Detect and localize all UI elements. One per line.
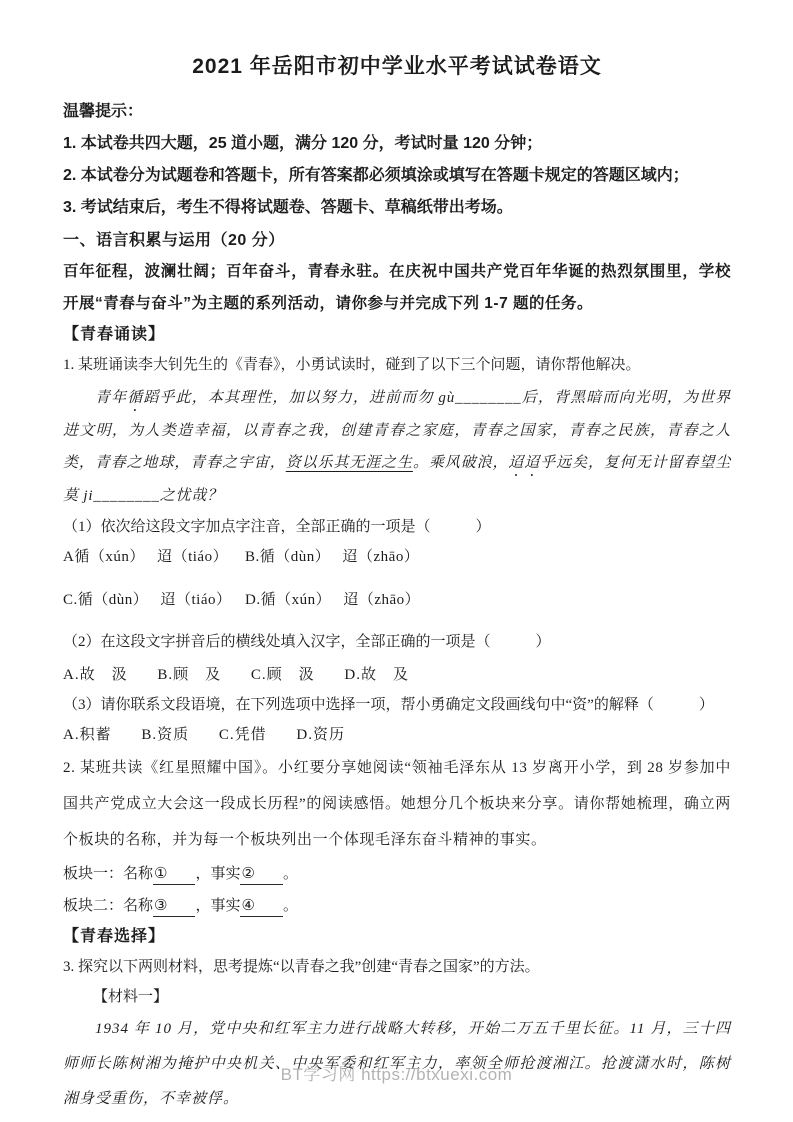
passage-underlined-phrase: 资以乐其无涯之生 — [286, 455, 413, 471]
question-3-stem: 3. 探究以下两则材料，思考提炼“以青春之我”创建“青春之国家”的方法。 — [63, 952, 731, 982]
question-1-passage: 青年循蹈乎此，本其理性，加以努力，进前而勿 gù________后，背黑暗而向光… — [63, 382, 731, 512]
fill-in-blank-line: ________ — [93, 488, 159, 504]
question-2-block-1: 板块一：名称①，事实②。 — [63, 858, 731, 890]
option-d: D.故 及 — [344, 660, 409, 690]
fill-in-blank-4: ④ — [240, 899, 282, 917]
sub-question-2-stem: （2）在这段文字拼音后的横线处填入汉字，全部正确的一项是（ ） — [63, 627, 731, 657]
question-1-stem: 1. 某班诵读李大钊先生的《青春》，小勇试读时，碰到了以下三个问题，请你帮他解决… — [63, 350, 731, 380]
question-2-stem: 2. 某班共读《红星照耀中国》。小红要分享她阅读“领袖毛泽东从 13 岁离开小学… — [63, 750, 731, 858]
fill-in-blank-2: ② — [240, 867, 282, 885]
subsection-reading-heading: 【青春诵读】 — [63, 320, 731, 350]
page-title: 2021 年岳阳市初中学业水平考试试卷语文 — [63, 52, 731, 82]
option-d: D.资历 — [296, 720, 345, 750]
sub-question-2-options: A.故 汲 B.顾 及 C.顾 汲 D.故 及 — [63, 660, 731, 690]
option-b: B.顾 及 — [157, 660, 221, 690]
passage-emphasized-char: 迢迢 — [508, 455, 540, 471]
notice-item-1: 1. 本试卷共四大题，25 道小题，满分 120 分，考试时量 120 分钟； — [63, 128, 731, 160]
fill-in-blank-3: ③ — [153, 899, 195, 917]
option-c: C.顾 汲 — [251, 660, 315, 690]
passage-text: 。乘风破浪， — [413, 455, 508, 471]
watermark: BT学习网 https://btxuexi.com — [0, 1060, 793, 1085]
option-a: A.故 汲 — [63, 660, 128, 690]
fill-in-blank-line: ________ — [455, 390, 521, 406]
notice-item-2: 2. 本试卷分为试题卷和答题卡，所有答案都必须填涂或填写在答题卡规定的答题区域内… — [63, 160, 731, 192]
option-b: B.资质 — [141, 720, 189, 750]
block-label: 板块一：名称 — [63, 866, 153, 882]
block-label: 。 — [283, 866, 298, 882]
subsection-choice-heading: 【青春选择】 — [63, 922, 731, 952]
option-a: A.积蓄 — [63, 720, 112, 750]
passage-text: 之忧哉？ — [160, 488, 223, 504]
passage-text: 蹈乎此，本其理性，加以努力，进前而勿 gù — [143, 390, 455, 406]
option-a: A循（xún） 迢（tiáo） — [63, 542, 245, 572]
block-label: ，事实 — [195, 866, 240, 882]
block-label: ，事实 — [195, 898, 240, 914]
option-c: C.凭借 — [219, 720, 267, 750]
exam-paper-page: 2021 年岳阳市初中学业水平考试试卷语文 温馨提示： 1. 本试卷共四大题，2… — [0, 0, 793, 1122]
option-b: B.循（dùn） 迢（zhāo） — [245, 542, 731, 572]
sub-question-3-options: A.积蓄 B.资质 C.凭借 D.资历 — [63, 720, 731, 750]
sub-question-1-options: A循（xún） 迢（tiáo） B.循（dùn） 迢（zhāo） C.循（dùn… — [63, 542, 731, 615]
option-d: D.循（xún） 迢（zhāo） — [245, 585, 731, 615]
option-c: C.循（dùn） 迢（tiáo） — [63, 585, 245, 615]
section1-intro: 百年征程，波澜壮阔；百年奋斗，青春永驻。在庆祝中国共产党百年华诞的热烈氛围里，学… — [63, 256, 731, 320]
fill-in-blank-1: ① — [153, 867, 195, 885]
passage-emphasized-char: 循 — [127, 390, 143, 406]
block-label: 。 — [283, 898, 298, 914]
section1-heading: 一、语言积累与运用（20 分） — [63, 226, 731, 256]
notice-item-3: 3. 考试结束后，考生不得将试题卷、答题卡、草稿纸带出考场。 — [63, 192, 731, 224]
sub-question-1-stem: （1）依次给这段文字加点字注音，全部正确的一项是（ ） — [63, 512, 731, 542]
sub-question-3-stem: （3）请你联系文段语境，在下列选项中选择一项，帮小勇确定文段画线句中“资”的解释… — [63, 690, 731, 720]
question-2-block-2: 板块二：名称③，事实④。 — [63, 890, 731, 922]
page-content: 2021 年岳阳市初中学业水平考试试卷语文 温馨提示： 1. 本试卷共四大题，2… — [0, 0, 793, 1117]
passage-text: 青年 — [95, 390, 127, 406]
block-label: 板块二：名称 — [63, 898, 153, 914]
notice-heading: 温馨提示： — [63, 96, 731, 128]
material-1-heading: 【材料一】 — [63, 982, 731, 1012]
